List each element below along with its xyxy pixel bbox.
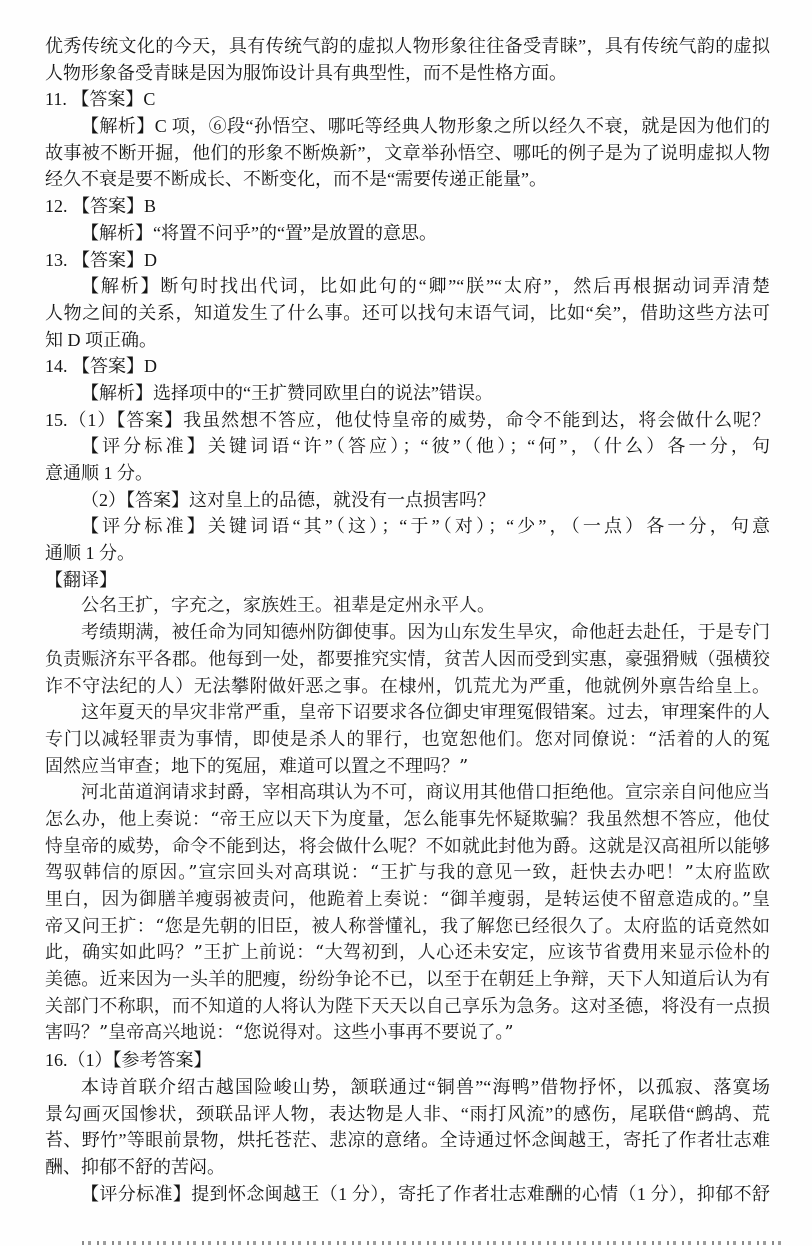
- translation-line: 驾驭韩信的原因。”宣宗回头对高琪说：“王扩与我的意见一致，赶快去办吧！”太府监欧: [45, 860, 770, 887]
- text-line: 【解析】断句时找出代词，比如此句的“卿”“朕”“太府”，然后再根据动词弄清楚: [45, 273, 770, 300]
- text-line: 人物形象备受青睐是因为服饰设计具有典型性，而不是性格方面。: [45, 60, 770, 87]
- translation-line: 公名王扩，字充之，家族姓王。祖辈是定州永平人。: [45, 593, 770, 620]
- translation-line: 诈不守法纪的人）无法攀附做奸恶之事。在棣州，饥荒尤为严重，他就例外禀告给皇上。: [45, 674, 770, 701]
- answer-key-page: 优秀传统文化的今天，具有传统气韵的虚拟人物形象往往备受青睐”，具有传统气韵的虚拟…: [0, 0, 812, 1246]
- text-line: 优秀传统文化的今天，具有传统气韵的虚拟人物形象往往备受青睐”，具有传统气韵的虚拟: [45, 33, 770, 60]
- translation-line: 帝又问王扩：“您是先朝的旧臣，被人称誉懂礼，我了解您已经很久了。太府监的话竟然如: [45, 914, 770, 941]
- text-line: 【解析】选择项中的“王扩赞同欧里白的说法”错误。: [45, 380, 770, 407]
- text-line: 酬、抑郁不舒的苦闷。: [45, 1154, 770, 1181]
- text-line: 经久不衰是要不断成长、不断变化，而不是“需要传递正能量”。: [45, 166, 770, 193]
- answer-item-12: 12. 【答案】B: [45, 193, 770, 220]
- translation-line: 害吗？”皇帝高兴地说：“您说得对。这些小事再不要说了。”: [45, 1020, 770, 1047]
- translation-line: 怎么办，他上奏说：“帝王应以天下为度量，怎么能事先怀疑欺骗？我虽然想不答应，他仗: [45, 807, 770, 834]
- answer-item-15: 15.（1）【答案】我虽然想不答应，他仗恃皇帝的威势，命令不能到达，将会做什么呢…: [45, 407, 770, 434]
- text-line: 景勾画灭国惨状，颈联品评人物，表达物是人非、“雨打风流”的感伤，尾联借“鹧鸪、荒: [45, 1101, 770, 1128]
- text-line: 本诗首联介绍古越国险峻山势，颔联通过“铜兽”“海鸭”借物抒怀，以孤寂、落寞场: [45, 1074, 770, 1101]
- translation-line: 负责赈济东平各郡。他每到一处，都要推究实情，贫苦人因而受到实惠，豪强猾贼（强横狡: [45, 647, 770, 674]
- text-line: 【评分标准】关键词语“许”（答应）；“彼”（他）；“何”，（什么）各一分，句: [45, 433, 770, 460]
- answer-item-14: 14. 【答案】D: [45, 353, 770, 380]
- translation-line: 考绩期满，被任命为同知德州防御使事。因为山东发生旱灾，命他赶去赴任，于是专门: [45, 620, 770, 647]
- text-line: 苔、野竹”等眼前景物，烘托苍茫、悲凉的意绪。全诗通过怀念闽越王，寄托了作者壮志难: [45, 1127, 770, 1154]
- answer-item-16: 16.（1）【参考答案】: [45, 1047, 770, 1074]
- text-line: （2）【答案】这对皇上的品德，就没有一点损害吗？: [45, 487, 770, 514]
- answer-item-13: 13. 【答案】D: [45, 247, 770, 274]
- translation-line: 恃皇帝的威势，命令不能到达，将会做什么呢？不如就此封他为爵。这就是汉高祖所以能够: [45, 834, 770, 861]
- translation-line: 河北苗道润请求封爵，宰相高琪认为不可，商议用其他借口拒绝他。宣宗亲自问他应当: [45, 780, 770, 807]
- text-line: 【评分标准】提到怀念闽越王（1 分），寄托了作者壮志难酬的心情（1 分），抑郁不…: [45, 1181, 770, 1208]
- translation-line: 美德。近来因为一头羊的肥瘦，纷纷争论不已，以至于在朝廷上争辩，天下人知道后认为有: [45, 967, 770, 994]
- text-line: 【解析】C 项，⑥段“孙悟空、哪吒等经典人物形象之所以经久不衰，就是因为他们的: [45, 113, 770, 140]
- next-line-cutoff: [82, 1241, 786, 1245]
- translation-line: 里白，因为御膳羊瘦弱被责问，他跪着上奏说：“御羊瘦弱，是转运使不留意造成的。”皇: [45, 887, 770, 914]
- text-line: 【评分标准】关键词语“其”（这）；“于”（对）；“少”，（一点）各一分，句意: [45, 513, 770, 540]
- translation-line: 关部门不称职，而不知道的人将认为陛下天天以自己享乐为急务。这对圣德，将没有一点损: [45, 994, 770, 1021]
- translation-line: 此，确实如此吗？”王扩上前说：“大驾初到，人心还未安定，应该节省费用来显示俭朴的: [45, 940, 770, 967]
- text-line: 人物之间的关系，知道发生了什么事。还可以找句末语气词，比如“矣”，借助这些方法可: [45, 300, 770, 327]
- translation-line: 固然应当审查；地下的冤屈，难道可以置之不理吗？”: [45, 754, 770, 781]
- text-line: 【解析】“将置不问乎”的“置”是放置的意思。: [45, 220, 770, 247]
- answer-item-11: 11. 【答案】C: [45, 86, 770, 113]
- translation-heading: 【翻译】: [45, 567, 770, 594]
- translation-line: 这年夏天的旱灾非常严重，皇帝下诏要求各位御史审理冤假错案。过去，审理案件的人: [45, 700, 770, 727]
- text-line: 意通顺 1 分。: [45, 460, 770, 487]
- text-line: 故事被不断开掘，他们的形象不断焕新”，文章举孙悟空、哪吒的例子是为了说明虚拟人物: [45, 140, 770, 167]
- text-line: 知 D 项正确。: [45, 327, 770, 354]
- translation-line: 专门以减轻罪责为事情，即使是杀人的罪行，也宽恕他们。您对同僚说：“活着的人的冤屈…: [45, 727, 770, 754]
- text-line: 通顺 1 分。: [45, 540, 770, 567]
